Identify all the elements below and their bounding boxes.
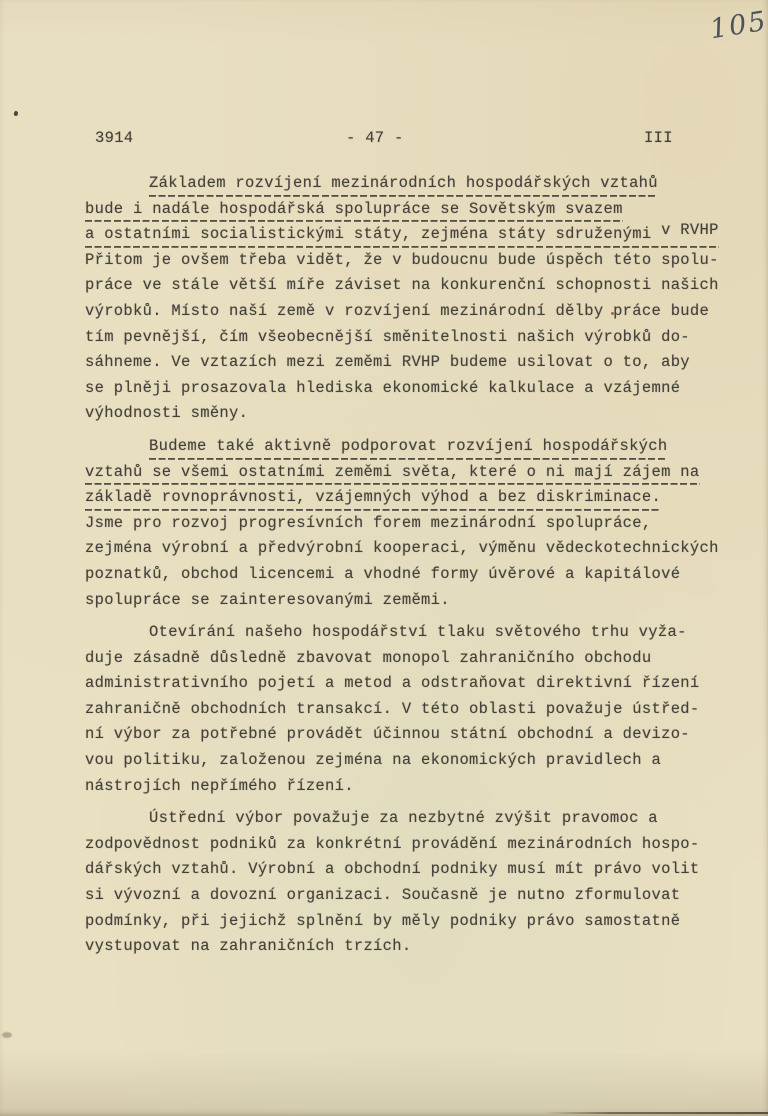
document-line: se plněji prosazovala hlediska ekonomick… — [85, 376, 733, 402]
document-line: nástrojích nepřímého řízení. — [85, 774, 733, 800]
document-line: spolupráce se zainteresovanými zeměmi. — [85, 588, 733, 614]
paragraph: Budeme také aktivně podporovat rozvíjení… — [85, 434, 733, 613]
document-page: 105 3914 - 47 - III Základem rozvíjení m… — [0, 0, 768, 1116]
ink-speck — [13, 110, 18, 116]
document-line: Jsme pro rozvoj progresívních forem mezi… — [85, 511, 733, 537]
document-line: práce ve stále větší míře záviset na kon… — [85, 273, 733, 299]
document-line: tím pevnější, čím všeobecnější směniteln… — [85, 325, 733, 351]
document-line: zahraničně obchodních transakcí. V této … — [85, 697, 733, 723]
document-line: výrobků. Místo naší země v rozvíjení mez… — [85, 299, 733, 325]
scan-edge-shadow — [543, 1112, 768, 1114]
page-number: - 47 - — [346, 129, 404, 147]
ink-speck — [611, 312, 614, 315]
paragraph: Ústřední výbor považuje za nezbytné zvýš… — [85, 806, 733, 960]
document-line: výhodnosti směny. — [85, 401, 733, 427]
document-line: vystupovat na zahraničních trzích. — [85, 934, 733, 960]
pencil-smudge — [2, 1032, 12, 1038]
document-line: vztahů se všemi ostatními zeměmi světa, … — [85, 460, 733, 486]
document-body: Základem rozvíjení mezinárodních hospodá… — [85, 171, 733, 960]
paragraph: Základem rozvíjení mezinárodních hospodá… — [85, 171, 733, 427]
document-line: zejména výrobní a předvýrobní kooperaci,… — [85, 536, 733, 562]
document-number: 3914 — [95, 129, 133, 147]
document-line: ní výbor za potřebné provádět účinnou st… — [85, 722, 733, 748]
document-line: si vývozní a dovozní organizaci. Současn… — [85, 883, 733, 909]
handwritten-page-number: 105 — [708, 6, 768, 46]
document-line: Budeme také aktivně podporovat rozvíjení… — [85, 434, 733, 460]
document-line: zodpovědnost podniků za konkrétní provád… — [85, 832, 733, 858]
document-line: administrativního pojetí a metod a odstr… — [85, 671, 733, 697]
document-line: Ústřední výbor považuje za nezbytné zvýš… — [85, 806, 733, 832]
document-line: základě rovnoprávnosti, vzájemných výhod… — [85, 485, 733, 511]
document-line: a ostatními socialistickými státy, zejmé… — [85, 222, 733, 248]
document-line: Otevírání našeho hospodářství tlaku svět… — [85, 620, 733, 646]
raised-typed-text: v RVHP — [652, 221, 719, 239]
paragraph: Otevírání našeho hospodářství tlaku svět… — [85, 620, 733, 799]
document-line: Přitom je ovšem třeba vidět, že v budouc… — [85, 248, 733, 274]
document-line: bude i nadále hospodářská spolupráce se … — [85, 197, 733, 223]
document-line: dářských vztahů. Výrobní a obchodní podn… — [85, 857, 733, 883]
document-line: podmínky, při jejichž splnění by měly po… — [85, 909, 733, 935]
document-line: poznatků, obchod licencemi a vhodné form… — [85, 562, 733, 588]
document-line: duje zásadně důsledně zbavovat monopol z… — [85, 646, 733, 672]
section-number: III — [644, 129, 673, 147]
document-line: Základem rozvíjení mezinárodních hospodá… — [85, 171, 733, 197]
document-line: sáhneme. Ve vztazích mezi zeměmi RVHP bu… — [85, 350, 733, 376]
document-line: vou politiku, založenou zejména na ekono… — [85, 748, 733, 774]
